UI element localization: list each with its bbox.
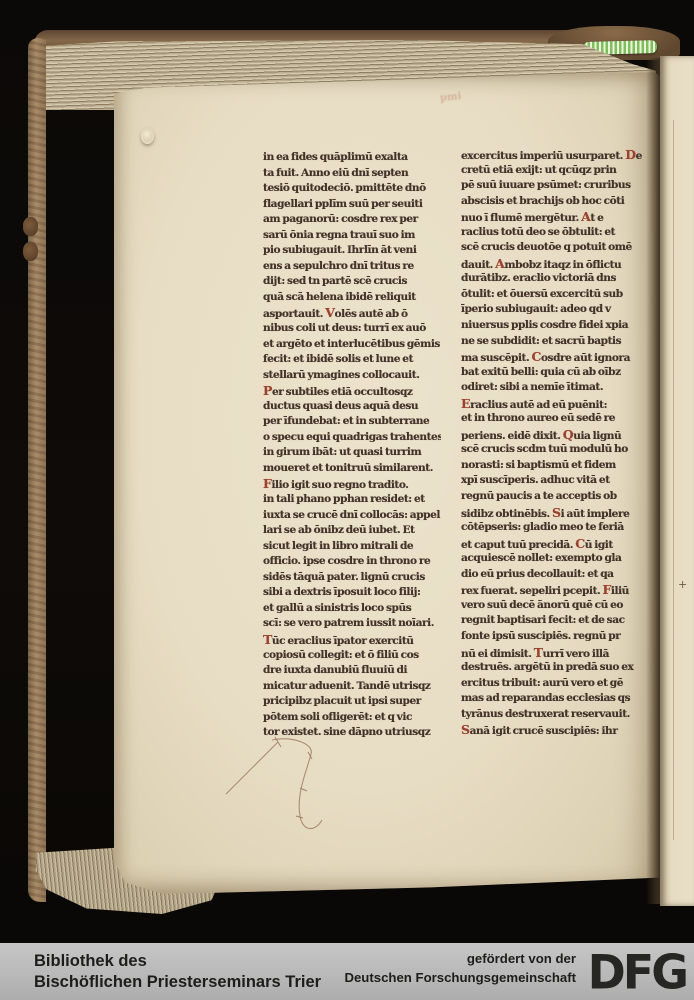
manuscript-line: scī: se vero patrem iussit noīari. <box>263 616 441 632</box>
manuscript-line: Eraclius autē ad eū puēnit: <box>461 396 659 412</box>
manuscript-line: asportauit. Volēs autē ab ō <box>263 305 441 321</box>
manuscript-line: o specu equi quadrigas trahentes <box>263 430 441 446</box>
manuscript-line: pio subiugauit. Ihrlīn āt veni <box>263 243 441 259</box>
manuscript-line: nū ei dimisit. Turrī vero illā <box>461 645 659 661</box>
manuscript-line: regnū paucis a te acceptis ob <box>461 489 659 505</box>
manuscript-line: et argēto et interlucētibus gēmis <box>263 337 441 353</box>
manuscript-line: flagellari pplīm suū per seuiti <box>263 197 441 213</box>
manuscript-line: officio. ipse cosdre in throno re <box>263 554 441 570</box>
manuscript-line: abscisis et brachijs ob hoc cōti <box>461 194 659 210</box>
manuscript-line: et caput tuū precidā. Cū igit <box>461 536 659 552</box>
manuscript-line: xpī suscīperis. adhuc vitā et <box>461 473 659 489</box>
left-page-edge-stack <box>44 52 120 898</box>
manuscript-line: Tūc eraclius īpator exercitū <box>263 632 441 648</box>
manuscript-line: et in throno aureo eū sedē re <box>461 411 659 427</box>
manuscript-line: pōtem soli ofligerēt: et q vic <box>263 710 441 726</box>
manuscript-line: ne se subdidit: et sacrū baptis <box>461 334 659 350</box>
manuscript-line: destruēs. argētū in predā suo ex <box>461 660 659 676</box>
manuscript-line: quā scā helena ibidē reliquit <box>263 290 441 306</box>
left-cover-edge <box>28 38 46 902</box>
manuscript-line: excercitus imperiū usurparet. De <box>461 147 659 163</box>
manuscript-line: fonte ipsū suscipiēs. regnū pr <box>461 629 659 645</box>
manuscript-line: dijt: sed tn partē scē crucis <box>263 274 441 290</box>
manuscript-line: et gallū a sinistris loco spūs <box>263 601 441 617</box>
manuscript-line: in tali phano pphan residet: et <box>263 492 441 508</box>
manuscript-line: vero suū decē ānorū quē cū eo <box>461 598 659 614</box>
manuscript-line: per īfundebat: et in subterrane <box>263 414 441 430</box>
manuscript-line: dio eū prius decollauit: et qa <box>461 567 659 583</box>
red-ink-offset-mark: pmi <box>439 91 461 104</box>
manuscript-line: raclius totū deo se ōbtulit: et <box>461 225 659 241</box>
gutter-shadow <box>646 58 660 904</box>
pen-doodle <box>212 732 352 857</box>
manuscript-line: Sanā igit crucē suscipiēs: ihr <box>461 722 659 738</box>
funder-credit: gefördert von der Deutschen Forschungsge… <box>344 949 576 987</box>
facing-page-crease <box>673 120 674 840</box>
manuscript-line: Per subtiles etiā occultosqz <box>263 383 441 399</box>
manuscript-line: sidēs tāquā pater. lignū crucis <box>263 570 441 586</box>
manuscript-line: regnit baptisari fecit: et de sac <box>461 613 659 629</box>
manuscript-line: niuersus pplis cosdre fidei xpia <box>461 318 659 334</box>
clasp-remnant <box>23 242 38 261</box>
manuscript-line: Filio igit suo regno tradito. <box>263 476 441 492</box>
manuscript-line: cōtēpseris: gladio meo te feriā <box>461 520 659 536</box>
manuscript-line: ductus quasi deus aquā desu <box>263 399 441 415</box>
manuscript-line: acquiescē nollet: exempto gla <box>461 551 659 567</box>
manuscript-line: iuxta se crucē dnī collocās: appel <box>263 508 441 524</box>
manuscript-line: odiret: sibi a nemīe ītimat. <box>461 380 659 396</box>
manuscript-line: ma suscēpit. Cosdre aūt ignora <box>461 349 659 365</box>
dfg-logo: DFG <box>588 944 686 999</box>
manuscript-line: ta fuit. Anno eiū dnī septen <box>263 166 441 182</box>
manuscript-line: nibus coli ut deus: turrī ex auō <box>263 321 441 337</box>
funder-credit-line1: gefördert von der <box>344 949 576 968</box>
text-column-right: excercitus imperiū usurparet. Decretū et… <box>461 147 659 738</box>
manuscript-line: tyrānus destruxerat reservauit. <box>461 707 659 723</box>
manuscript-line: sidibz obtinēbis. Si aūt implere <box>461 505 659 521</box>
margin-cross-mark: + <box>678 578 687 591</box>
manuscript-line: tesiō quitodeciō. pmittēte dnō <box>263 181 441 197</box>
manuscript-line: micatur aduenit. Tandē utrisqz <box>263 679 441 695</box>
manuscript-line: scē crucis scdm tuū modulū ho <box>461 442 659 458</box>
manuscript-line: sicut legit in libro mitrali de <box>263 539 441 555</box>
library-credit-line1: Bibliothek des <box>34 951 321 972</box>
manuscript-line: sarū ōnia regna trauī suo im <box>263 228 441 244</box>
manuscript-line: periens. eidē dixit. Quia lignū <box>461 427 659 443</box>
footer-bar: Bibliothek des Bischöflichen Priestersem… <box>0 943 694 1000</box>
manuscript-line: copiosū collegit: et ō filiū cos <box>263 648 441 664</box>
parchment-hole <box>141 128 154 144</box>
manuscript-line: cretū etiā exijt: ut qcūqz prin <box>461 163 659 179</box>
library-credit: Bibliothek des Bischöflichen Priestersem… <box>34 951 321 993</box>
manuscript-line: dauit. Ambobz itaqz in ōflictu <box>461 256 659 272</box>
manuscript-line: rex fuerat. sepeliri pcepit. Filiū <box>461 582 659 598</box>
manuscript-line: am paganorū: cosdre rex per <box>263 212 441 228</box>
facing-page-sliver <box>660 56 694 906</box>
library-credit-line2: Bischöflichen Priesterseminars Trier <box>34 972 321 993</box>
digitized-manuscript-photo: pmi in ea fides quāplimū exaltata fuit. … <box>0 0 694 1000</box>
manuscript-line: in ea fides quāplimū exalta <box>263 150 441 166</box>
text-column-left: in ea fides quāplimū exaltata fuit. Anno… <box>263 150 441 741</box>
funder-credit-line2: Deutschen Forschungsgemeinschaft <box>344 968 576 987</box>
manuscript-line: nuo ī flumē mergētur. At e <box>461 209 659 225</box>
manuscript-line: īperio subiugauit: adeo qd v <box>461 302 659 318</box>
manuscript-line: pē suū iuuare psūmet: cruribus <box>461 178 659 194</box>
manuscript-line: fecit: et ibidē solis et lune et <box>263 352 441 368</box>
manuscript-line: scē crucis deuotōe q potuit omē <box>461 240 659 256</box>
manuscript-line: sibi a dextris īposuit loco filij: <box>263 585 441 601</box>
manuscript-line: durātibz. eraclio victoriā dns <box>461 271 659 287</box>
manuscript-line: moueret et tonitruū similarent. <box>263 461 441 477</box>
manuscript-line: stellarū ymagines collocauit. <box>263 368 441 384</box>
manuscript-line: in girum ibāt: ut quasi turrim <box>263 445 441 461</box>
manuscript-line: ōtulit: et ōuersū excercitū sub <box>461 287 659 303</box>
manuscript-line: pricipibz placuit ut ipsi super <box>263 694 441 710</box>
clasp-remnant <box>23 217 38 236</box>
manuscript-line: ercitus tribuit: aurū vero et gē <box>461 676 659 692</box>
manuscript-line: ens a sepulchro dnī tritus re <box>263 259 441 275</box>
manuscript-line: bat exitū belli: quia cū ab oībz <box>461 365 659 381</box>
manuscript-line: dre iuxta danubiū fluuiū di <box>263 663 441 679</box>
manuscript-line: lari se ab ōnibz deū iubet. Et <box>263 523 441 539</box>
manuscript-line: mas ad reparandas ecclesias qs <box>461 691 659 707</box>
manuscript-line: norasti: si baptismū et fidem <box>461 458 659 474</box>
